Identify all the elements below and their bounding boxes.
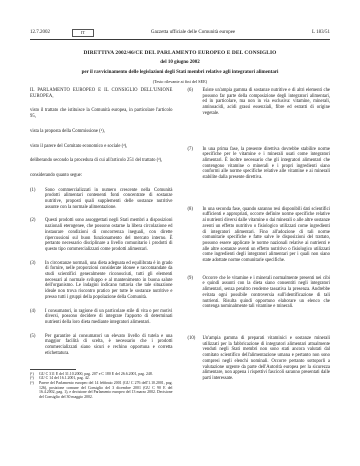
directive-title-block: DIRETTIVA 2002/46/CE DEL PARLAMENTO EURO…	[40, 50, 320, 84]
journal-title: Gazzetta ufficiale delle Comunità europe…	[94, 30, 292, 36]
directive-subtitle: per il ravvicinamento delle legislazioni…	[40, 70, 320, 76]
recital-text: Esiste un'ampia gamma di sostanze nutrit…	[203, 88, 331, 117]
official-journal-page: 12.7.2002 IT Gazzetta ufficiale delle Co…	[0, 0, 360, 466]
directive-date: del 10 giugno 2002	[40, 60, 320, 66]
language-code-box: IT	[72, 29, 94, 37]
preamble-treaty: visto il trattato che istituisce la Comu…	[30, 108, 173, 119]
recital-2: (2) Questi prodotti sono assoggettati ne…	[30, 218, 173, 252]
page-reference: L 183/51	[292, 30, 330, 36]
recital-10: (10) Un'ampia gamma di preparati vitamin…	[188, 336, 331, 382]
recital-number: (9)	[188, 276, 203, 310]
recital-number: (10)	[188, 336, 203, 382]
recital-text: Sono commercializzati in numero crescent…	[45, 188, 173, 211]
recital-9: (9) Occorre che le vitamine e i minerali…	[188, 276, 331, 310]
recital-number: (1)	[30, 188, 45, 211]
right-column: (6) Esiste un'ampia gamma di sostanze nu…	[188, 88, 331, 382]
preamble-proposal: vista la proposta della Commissione (¹),	[30, 129, 173, 135]
recital-number: (2)	[30, 218, 45, 252]
header-divider	[30, 39, 330, 40]
directive-title: DIRETTIVA 2002/46/CE DEL PARLAMENTO EURO…	[40, 50, 320, 57]
eea-relevance-note: (Testo rilevante ai fini del SEE)	[40, 79, 320, 84]
preamble-whereas: considerando quanto segue:	[30, 173, 173, 179]
recital-number: (8)	[188, 207, 203, 264]
recital-text: Un'ampia gamma di preparati vitaminici e…	[203, 336, 331, 382]
page-header: 12.7.2002 IT Gazzetta ufficiale delle Co…	[30, 29, 330, 37]
footnote-marker: (³)	[30, 381, 39, 400]
recital-text: Questi prodotti sono assoggettati negli …	[45, 218, 173, 252]
header-date: 12.7.2002	[30, 30, 68, 36]
preamble-parties: IL PARLAMENTO EUROPEO E IL CONSIGLIO DEL…	[30, 88, 173, 99]
footnote-separator	[30, 369, 76, 370]
recital-text: Per garantire ai consumatori un elevato …	[45, 334, 173, 357]
recital-number: (7)	[188, 147, 203, 181]
recital-5: (5) Per garantire ai consumatori un elev…	[30, 334, 173, 357]
footnotes: (¹) GU C 311 E del 31.10.2000, pag. 207 …	[30, 372, 173, 400]
recital-4: (4) I consumatori, in ragione di un part…	[30, 309, 173, 326]
recital-number: (4)	[30, 309, 45, 326]
footnote-3: (³) Parere del Parlamento europeo del 14…	[30, 381, 173, 400]
recital-number: (3)	[30, 261, 45, 301]
recital-3: (3) In circostanze normali, una dieta ad…	[30, 261, 173, 301]
preamble-opinion: visto il parere del Comitato economico e…	[30, 144, 173, 150]
recital-text: I consumatori, in ragione di un particol…	[45, 309, 173, 326]
recital-8: (8) In una seconda fase, quando saranno …	[188, 207, 331, 264]
preamble-procedure: deliberando secondo la procedura di cui …	[30, 158, 173, 164]
recital-text: In circostanze normali, una dieta adegua…	[45, 261, 173, 301]
recital-text: In una prima fase, la presente direttiva…	[203, 147, 331, 181]
recital-text: In una seconda fase, quando saranno resi…	[203, 207, 331, 264]
recital-number: (6)	[188, 88, 203, 117]
recital-1: (1) Sono commercializzati in numero cres…	[30, 188, 173, 211]
left-column: IL PARLAMENTO EUROPEO E IL CONSIGLIO DEL…	[30, 88, 173, 400]
recital-6: (6) Esiste un'ampia gamma di sostanze nu…	[188, 88, 331, 117]
recital-7: (7) In una prima fase, la presente diret…	[188, 147, 331, 181]
recital-number: (5)	[30, 334, 45, 357]
two-column-body: IL PARLAMENTO EUROPEO E IL CONSIGLIO DEL…	[30, 88, 330, 400]
recital-text: Occorre che le vitamine e i minerali nor…	[203, 276, 331, 310]
footnote-text: Parere del Parlamento europeo del 14 feb…	[39, 381, 173, 400]
